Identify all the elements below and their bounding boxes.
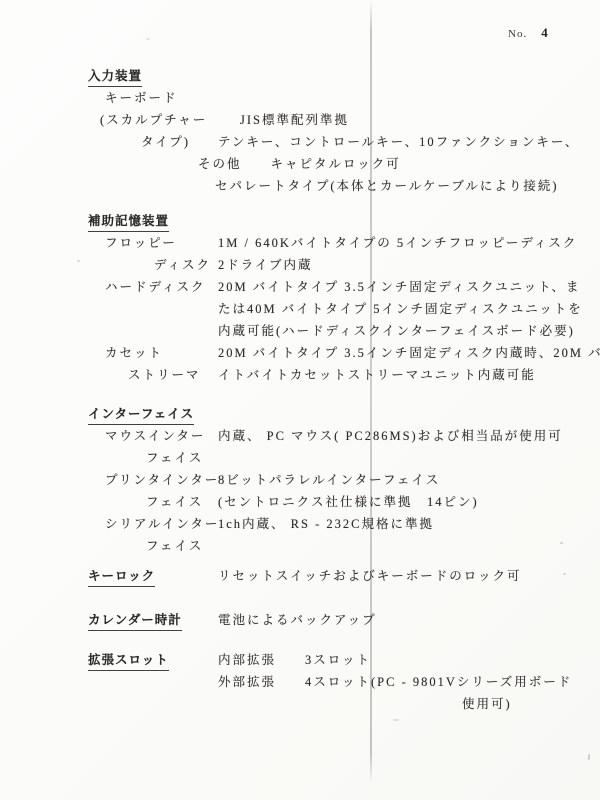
- spec-desc: 内部拡張 3スロット: [218, 650, 371, 668]
- scanned-spec-page: No.4 入力装置キーボード(スカルプチャーJIS標準配列準拠タイプ)テンキー、…: [0, 0, 600, 800]
- section-heading-line: カレンダー時計電池によるバックアップ: [88, 610, 582, 632]
- spec-desc: 20M バイトタイプ 3.5インチ固定ディスク内蔵時、20M バ: [218, 343, 600, 361]
- spec-line: プリンタインター8ビットパラレルインターフェイス: [88, 470, 582, 492]
- spec-line: ストリーマイトバイトカセットストリーマユニット内蔵可能: [88, 365, 582, 387]
- spec-line: 内蔵可能(ハードディスクインターフェイスボード必要): [88, 321, 582, 343]
- section-3: キーロックリセットスイッチおよびキーボードのロック可: [88, 566, 582, 588]
- spec-label: ストリーマ: [128, 365, 201, 383]
- spec-label: ディスク: [154, 255, 211, 273]
- spec-line: キーボード: [88, 88, 582, 110]
- spec-line: ハードディスク20M バイトタイプ 3.5インチ固定ディスクユニット、ま: [88, 277, 582, 299]
- spec-desc: 使用可): [462, 694, 512, 712]
- spec-desc: 20M バイトタイプ 3.5インチ固定ディスクユニット、ま: [218, 277, 581, 295]
- spec-line: マウスインター内蔵、 PC マウス( PC286MS)および相当品が使用可: [88, 426, 582, 448]
- section-heading-line: 入力装置: [88, 66, 582, 88]
- spec-line: その他 キャピタルロック可: [88, 154, 582, 176]
- spec-desc: 電池によるバックアップ: [218, 610, 377, 628]
- spec-desc: その他 キャピタルロック可: [198, 154, 401, 172]
- spec-label: マウスインター: [105, 426, 205, 444]
- section-heading: 拡張スロット: [88, 650, 169, 671]
- section-heading-line: キーロックリセットスイッチおよびキーボードのロック可: [88, 566, 582, 588]
- spec-desc: 8ビットパラレルインターフェイス: [218, 470, 440, 488]
- spec-line: カセット20M バイトタイプ 3.5インチ固定ディスク内蔵時、20M バ: [88, 343, 582, 365]
- spec-desc: 2ドライブ内蔵: [218, 255, 313, 273]
- scan-speck: [146, 38, 150, 40]
- spec-line: フロッピー1M / 640Kバイトタイプの 5インチフロッピーディスク: [88, 233, 582, 255]
- spec-line: タイプ)テンキー、コントロールキー、10ファンクションキー、: [88, 132, 582, 154]
- spec-line: ディスク2ドライブ内蔵: [88, 255, 582, 277]
- spec-line: フェイス: [88, 448, 582, 470]
- section-heading: キーロック: [88, 566, 155, 587]
- spec-desc: JIS標準配列準拠: [240, 110, 349, 128]
- section-1: 補助記憶装置フロッピー1M / 640Kバイトタイプの 5インチフロッピーディス…: [88, 211, 582, 387]
- spec-desc: 外部拡張 4スロット(PC - 9801Vシリーズ用ボード: [218, 672, 572, 690]
- spec-desc: イトバイトカセットストリーマユニット内蔵可能: [218, 365, 536, 383]
- spec-label: フェイス: [146, 448, 203, 466]
- spec-line: (スカルプチャーJIS標準配列準拠: [88, 110, 582, 132]
- section-heading: カレンダー時計: [88, 610, 182, 631]
- spec-label: (スカルプチャー: [100, 110, 207, 128]
- section-heading: 補助記憶装置: [88, 211, 169, 232]
- section-heading: インターフェイス: [88, 404, 194, 425]
- scan-speck: [563, 573, 566, 575]
- scan-speck: [77, 260, 80, 262]
- spec-desc: 1M / 640Kバイトタイプの 5インチフロッピーディスク: [218, 233, 577, 251]
- section-0: 入力装置キーボード(スカルプチャーJIS標準配列準拠タイプ)テンキー、コントロー…: [88, 66, 582, 198]
- spec-label: フェイス: [146, 492, 203, 510]
- spec-label: ハードディスク: [105, 277, 206, 295]
- spec-label: キーボード: [105, 88, 178, 106]
- spec-line: セパレートタイプ(本体とカールケーブルにより接続): [88, 176, 582, 198]
- spec-label: タイプ): [141, 132, 190, 150]
- spec-label: フロッピー: [105, 233, 177, 251]
- spec-line: たは40M バイトタイプ 5インチ固定ディスクユニットを: [88, 299, 582, 321]
- spec-desc: (セントロニクス社仕様に準拠 14ピン): [218, 492, 479, 510]
- spec-line: フェイス: [88, 536, 582, 558]
- section-heading-line: インターフェイス: [88, 404, 582, 426]
- spec-desc: セパレートタイプ(本体とカールケーブルにより接続): [215, 176, 559, 194]
- spec-label: シリアルインター: [105, 514, 219, 532]
- spec-content: 入力装置キーボード(スカルプチャーJIS標準配列準拠タイプ)テンキー、コントロー…: [0, 0, 600, 800]
- section-heading: 入力装置: [88, 66, 142, 87]
- spec-label: カセット: [105, 343, 163, 361]
- spec-line: シリアルインター1ch内蔵、 RS - 232C規格に準拠: [88, 514, 582, 536]
- scan-speck: [393, 719, 399, 721]
- spec-desc: テンキー、コントロールキー、10ファンクションキー、: [218, 132, 579, 150]
- section-heading-line: 拡張スロット内部拡張 3スロット: [88, 650, 582, 672]
- section-heading-line: 補助記憶装置: [88, 211, 582, 233]
- spec-line: フェイス(セントロニクス社仕様に準拠 14ピン): [88, 492, 582, 514]
- spec-desc: 内蔵、 PC マウス( PC286MS)および相当品が使用可: [218, 426, 563, 444]
- spec-desc: 内蔵可能(ハードディスクインターフェイスボード必要): [218, 321, 575, 339]
- spec-line: 外部拡張 4スロット(PC - 9801Vシリーズ用ボード: [88, 672, 582, 694]
- section-5: 拡張スロット内部拡張 3スロット外部拡張 4スロット(PC - 9801Vシリー…: [88, 650, 582, 716]
- spec-desc: 1ch内蔵、 RS - 232C規格に準拠: [218, 514, 434, 532]
- spec-label: プリンタインター: [105, 470, 219, 488]
- spec-label: フェイス: [146, 536, 203, 554]
- scan-speck: [560, 542, 563, 544]
- spec-desc: リセットスイッチおよびキーボードのロック可: [218, 566, 522, 584]
- section-4: カレンダー時計電池によるバックアップ: [88, 610, 582, 632]
- section-2: インターフェイスマウスインター内蔵、 PC マウス( PC286MS)および相当…: [88, 404, 582, 558]
- spec-desc: たは40M バイトタイプ 5インチ固定ディスクユニットを: [218, 299, 583, 317]
- spec-line: 使用可): [88, 694, 582, 716]
